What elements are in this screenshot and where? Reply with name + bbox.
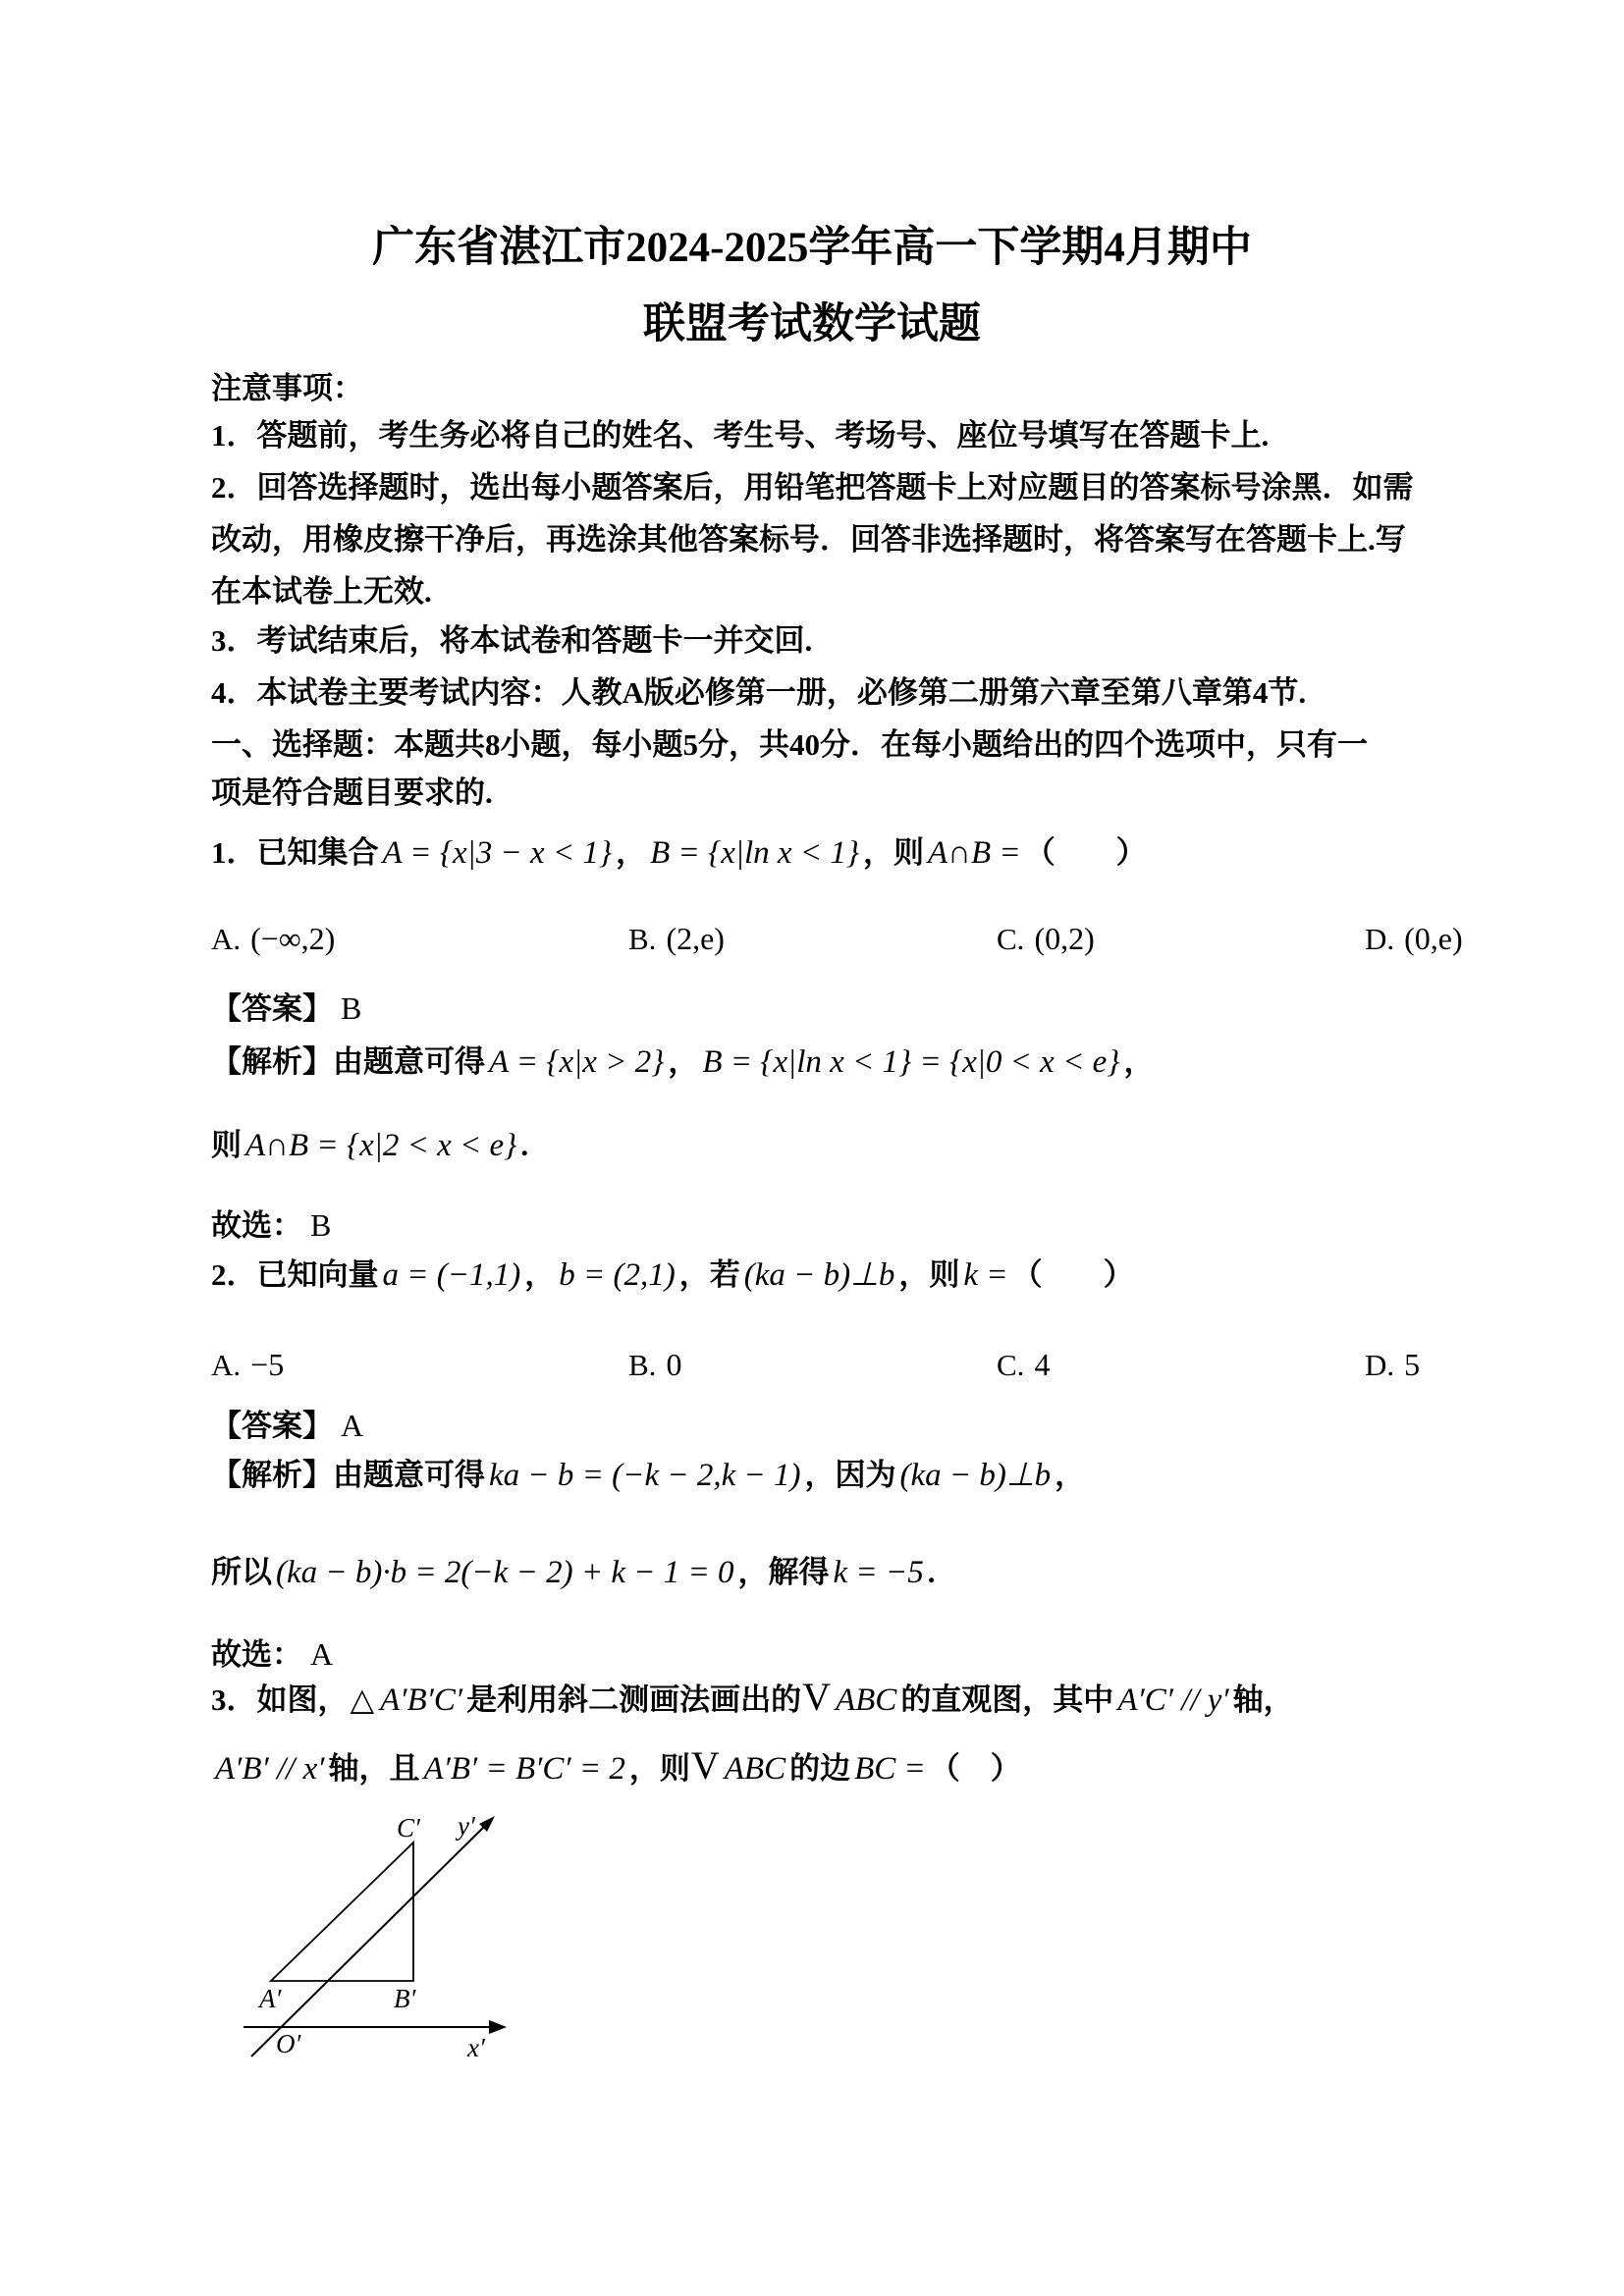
label-o-prime: O′ (276, 2029, 301, 2058)
notice-line-1: 1．答题前，考生务必将自己的姓名、考生号、考场号、座位号填写在答题卡上. (211, 412, 1269, 459)
q1-option-b-label: B. (628, 922, 656, 956)
q2-k-formula: k = (959, 1257, 1011, 1293)
q1-option-a-value: (−∞,2) (248, 921, 337, 956)
q3-parallel-y-formula: A′C′ // y′ (1113, 1682, 1232, 1718)
q2-stem-text-1: 2．已知向量 (211, 1257, 379, 1292)
q1-option-d-label: D. (1365, 922, 1394, 956)
q3-triangle-primes: A′B′C′ (376, 1682, 466, 1718)
q3-stem-text-1: 3．如图， (211, 1682, 349, 1717)
q2-answer-blank: （ ） (1012, 1257, 1134, 1292)
q2-option-a: A.−5 (211, 1341, 286, 1389)
q1-option-d: D.(0,e) (1365, 915, 1465, 963)
q2-option-c: C.4 (997, 1341, 1052, 1389)
q3-stem-text-2: 是利用斜二测画法画出的 (466, 1682, 801, 1717)
label-c-prime: C′ (397, 1813, 421, 1842)
q1-option-d-value: (0,e) (1402, 921, 1465, 956)
q1-option-c-label: C. (997, 922, 1024, 956)
q2-answer-row: 【答案】A (211, 1402, 363, 1450)
q1-option-c-value: (0,2) (1032, 921, 1096, 956)
q3-abc-1: ABC (832, 1682, 900, 1718)
q1-option-a-label: A. (211, 922, 241, 956)
q1-option-c: C.(0,2) (997, 915, 1097, 963)
q2-analysis-punct-1: ， (1055, 1458, 1085, 1492)
exam-title-line-2: 联盟考试数学试题 (0, 291, 1624, 350)
q2-conclusion: 故选：A (211, 1630, 333, 1679)
section-header-line-2: 项是符合题目要求的. (211, 770, 493, 817)
q3-bc-formula: BC = (850, 1751, 930, 1787)
q3-length-formula: A′B′ = B′C′ = 2 (419, 1751, 628, 1787)
q1-stem-text-1: 1．已知集合 (211, 835, 379, 870)
q2-option-a-label: A. (211, 1348, 241, 1382)
q2-conclusion-label: 故选： (211, 1637, 302, 1672)
q2-analysis-line-1: 【解析】由题意可得ka − b = (−k − 2,k − 1)，因为(ka −… (211, 1452, 1085, 1499)
label-y-prime: y′ (455, 1811, 476, 1841)
q2-analysis-text-3: ，解得 (738, 1555, 830, 1589)
q3-stem-text-6: ，则 (629, 1751, 690, 1786)
q3-figure: C′ y′ A′ B′ O′ x′ (232, 1811, 536, 2081)
exam-document-page: 广东省湛江市2024-2025学年高一下学期4月期中 联盟考试数学试题 注意事项… (0, 0, 1624, 2296)
q2-perpendicular-formula: (ka − b)⊥b (740, 1257, 899, 1293)
q2-stem-text-2: ， (524, 1257, 555, 1292)
q1-answer-blank: （ ） (1025, 835, 1147, 870)
q1-conclusion: 故选：B (211, 1201, 331, 1250)
q2-option-b: B.0 (628, 1341, 683, 1389)
q3-stem-text-4: 轴， (1233, 1682, 1294, 1717)
q1-analysis-formula-2: B = {x|ln x < 1} = {x|0 < x < e} (698, 1044, 1123, 1080)
q2-analysis-formula-3: (ka − b)·b = 2(−k − 2) + k − 1 = 0 (272, 1555, 738, 1590)
q3-triangle-symbol: △ (349, 1682, 377, 1717)
q1-set-b-formula: B = {x|ln x < 1} (646, 835, 863, 871)
q1-answer-value: B (341, 990, 361, 1026)
label-x-prime: x′ (466, 2033, 486, 2062)
q2-conclusion-value: A (310, 1636, 333, 1672)
q2-option-d: D.5 (1365, 1341, 1422, 1389)
q2-option-d-label: D. (1365, 1348, 1394, 1382)
q1-stem-text-3: ，则 (863, 835, 924, 870)
q2-analysis-text-1: ，因为 (805, 1458, 896, 1492)
exam-title-line-1: 广东省湛江市2024-2025学年高一下学期4月期中 (0, 214, 1624, 274)
q2-option-d-value: 5 (1402, 1347, 1422, 1382)
notice-line-4: 在本试卷上无效. (211, 568, 432, 615)
q2-option-b-label: B. (628, 1348, 656, 1382)
q2-option-c-value: 4 (1032, 1347, 1052, 1382)
q2-vector-a-formula: a = (−1,1) (379, 1257, 525, 1293)
q1-stem-text-2: ， (616, 835, 646, 870)
q2-analysis-period: . (928, 1555, 936, 1589)
q1-analysis-line-1: 【解析】由题意可得A = {x|x > 2}，B = {x|ln x < 1} … (211, 1039, 1154, 1086)
q1-analysis-formula-3: A∩B = {x|2 < x < e} (242, 1128, 520, 1163)
notice-line-6: 4．本试卷主要考试内容：人教A版必修第一册，必修第二册第六章至第八章第4节. (211, 669, 1306, 717)
y-prime-axis (251, 1824, 487, 2056)
q3-stem-text-3: 的直观图，其中 (900, 1682, 1113, 1717)
q2-analysis-formula-1: ka − b = (−k − 2,k − 1) (485, 1458, 805, 1493)
q2-analysis-line-2: 所以(ka − b)·b = 2(−k − 2) + k − 1 = 0，解得k… (211, 1549, 935, 1596)
q3-parallel-x-formula: A′B′ // x′ (211, 1751, 328, 1787)
q3-answer-blank: （ ） (930, 1751, 1021, 1786)
q2-option-b-value: 0 (664, 1347, 683, 1382)
q2-analysis-formula-2: (ka − b)⊥b (896, 1458, 1056, 1493)
q2-analysis-label: 【解析】由题意可得 (211, 1458, 485, 1492)
q3-v-symbol-2: V (690, 1743, 721, 1788)
notice-line-3: 改动，用橡皮擦干净后，再选涂其他答案标号．回答非选择题时，将答案写在答题卡上.写 (211, 516, 1406, 563)
q1-conclusion-value: B (310, 1207, 331, 1243)
notice-line-2: 2．回答选择题时，选出每小题答案后，用铅笔把答题卡上对应题目的答案标号涂黑．如需 (211, 464, 1414, 511)
q2-option-c-label: C. (997, 1348, 1024, 1382)
q2-stem-text-3: ，若 (679, 1257, 740, 1292)
q1-analysis-label: 【解析】由题意可得 (211, 1044, 485, 1079)
q2-option-a-value: −5 (248, 1347, 286, 1382)
axonometric-diagram: C′ y′ A′ B′ O′ x′ (232, 1811, 536, 2076)
q1-set-a-formula: A = {x|3 − x < 1} (379, 835, 617, 871)
q1-option-a: A.(−∞,2) (211, 915, 337, 963)
q1-stem: 1．已知集合A = {x|3 − x < 1}，B = {x|ln x < 1}… (211, 829, 1147, 877)
q2-answer-label: 【答案】 (211, 1409, 333, 1443)
q1-analysis-text-2: 则 (211, 1128, 242, 1162)
section-header-line-1: 一、选择题：本题共8小题，每小题5分，共40分．在每小题给出的四个选项中，只有一 (211, 721, 1368, 769)
q2-analysis-formula-4: k = −5 (830, 1555, 928, 1590)
q1-option-b: B.(2,e) (628, 915, 727, 963)
q2-analysis-text-2: 所以 (211, 1555, 272, 1589)
q1-analysis-formula-1: A = {x|x > 2} (485, 1044, 668, 1080)
label-b-prime: B′ (394, 1984, 416, 2013)
q3-v-symbol-1: V (801, 1675, 832, 1719)
q2-stem: 2．已知向量a = (−1,1)，b = (2,1)，若(ka − b)⊥b，则… (211, 1252, 1134, 1299)
q1-analysis-punct-1: ， (668, 1044, 698, 1079)
notice-line-5: 3．考试结束后，将本试卷和答题卡一并交回. (211, 617, 812, 665)
notice-heading: 注意事项： (211, 365, 363, 412)
q3-stem-text-5: 轴，且 (328, 1751, 419, 1786)
q1-intersection-formula: A∩B = (924, 835, 1025, 871)
q2-stem-text-4: ，则 (898, 1257, 959, 1292)
label-a-prime: A′ (257, 1984, 282, 2013)
q2-vector-b-formula: b = (2,1) (555, 1257, 679, 1293)
q2-answer-value: A (341, 1408, 363, 1443)
q1-analysis-punct-2: ， (1123, 1044, 1154, 1079)
q1-option-b-value: (2,e) (664, 921, 727, 956)
q3-stem-line-1: 3．如图，△A′B′C′是利用斜二测画法画出的VABC的直观图，其中A′C′ /… (211, 1676, 1294, 1724)
q3-stem-text-7: 的边 (789, 1751, 850, 1786)
q1-analysis-period: . (520, 1128, 528, 1162)
q1-conclusion-label: 故选： (211, 1208, 302, 1243)
q1-analysis-line-2: 则A∩B = {x|2 < x < e}. (211, 1122, 528, 1169)
x-axis-arrowhead-icon (489, 2020, 507, 2034)
triangle-a-b-c-prime (271, 1842, 413, 1981)
q1-answer-row: 【答案】B (211, 985, 361, 1033)
q3-stem-line-2: A′B′ // x′轴，且A′B′ = B′C′ = 2，则VABC的边BC =… (211, 1745, 1021, 1792)
q3-abc-2: ABC (721, 1751, 789, 1787)
q1-answer-label: 【答案】 (211, 991, 333, 1026)
